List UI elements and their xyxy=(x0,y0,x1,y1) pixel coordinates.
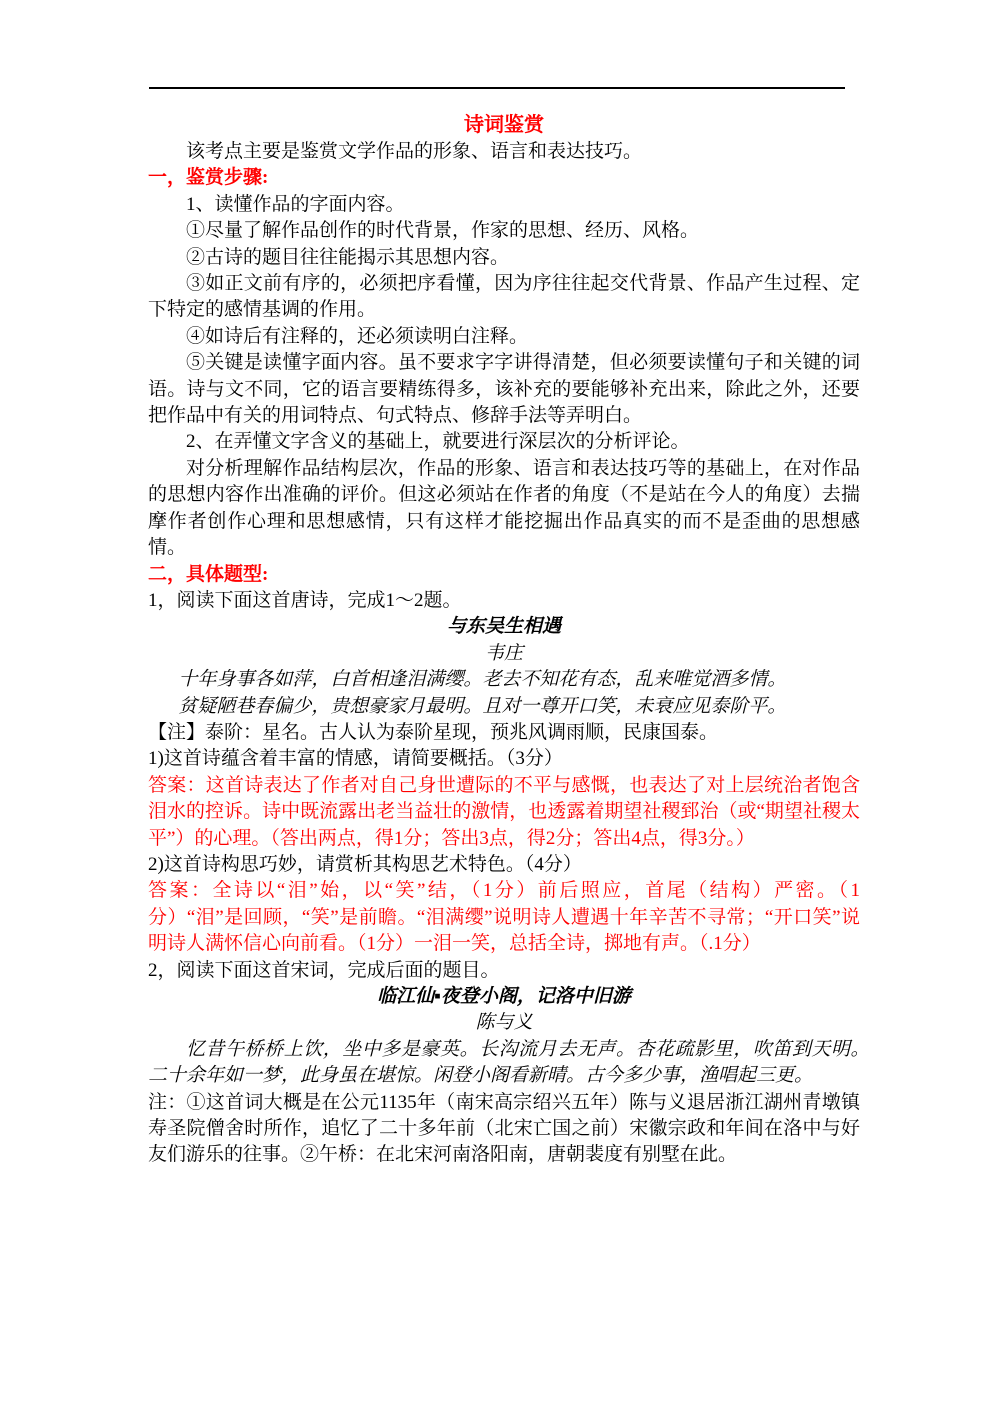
poem1-author: 韦庄 xyxy=(148,641,860,667)
section1-heading: 一，鉴赏步骤: xyxy=(148,165,860,191)
document-content: 诗词鉴赏 该考点主要是鉴赏文学作品的形象、语言和表达技巧。 一，鉴赏步骤: 1、… xyxy=(148,112,860,1169)
section1-step1: 1、读懂作品的字面内容。 xyxy=(148,192,860,218)
poem1-note: 【注】泰阶：星名。古人认为泰阶星现，预兆风调雨顺，民康国泰。 xyxy=(148,720,860,746)
section1-analysis: 对分析理解作品结构层次，作品的形象、语言和表达技巧等的基础上，在对作品的思想内容… xyxy=(148,456,860,562)
section1-sub3: ③如正文前有序的，必须把序看懂，因为序往往起交代背景、作品产生过程、定下特定的感… xyxy=(148,271,860,324)
poem2-author: 陈与义 xyxy=(148,1010,860,1036)
document-page: 诗词鉴赏 该考点主要是鉴赏文学作品的形象、语言和表达技巧。 一，鉴赏步骤: 1、… xyxy=(0,0,993,1404)
poem1-line-2: 贫疑陋巷春偏少，贵想豪家月最明。且对一尊开口笑，未衰应见泰阶平。 xyxy=(148,694,860,720)
q1-answer-1: 答案：这首诗表达了作者对自己身世遭际的不平与感慨，也表达了对上层统治者饱含泪水的… xyxy=(148,773,860,852)
section1-sub4: ④如诗后有注释的，还必须读明白注释。 xyxy=(148,324,860,350)
q2-intro: 2，阅读下面这首宋词，完成后面的题目。 xyxy=(148,958,860,984)
section1-sub1: ①尽量了解作品创作的时代背景，作家的思想、经历、风格。 xyxy=(148,218,860,244)
q1-question-2: 2)这首诗构思巧妙，请赏析其构思艺术特色。（4分） xyxy=(148,852,860,878)
section1-sub5: ⑤关键是读懂字面内容。虽不要求字字讲得清楚，但必须要读懂句子和关键的词语。诗与文… xyxy=(148,350,860,429)
q1-intro: 1，阅读下面这首唐诗，完成1～2题。 xyxy=(148,588,860,614)
q1-answer-2: 答案：全诗以“泪”始，以“笑”结，（1分）前后照应，首尾（结构）严密。（1分）“… xyxy=(148,878,860,957)
poem2-body: 忆昔午桥桥上饮，坐中多是豪英。长沟流月去无声。杏花疏影里，吹笛到天明。 二十余年… xyxy=(148,1037,860,1090)
section1-sub2: ②古诗的题目往往能揭示其思想内容。 xyxy=(148,245,860,271)
header-divider xyxy=(149,87,845,89)
poem1-title: 与东吴生相遇 xyxy=(148,614,860,640)
page-title: 诗词鉴赏 xyxy=(148,112,860,139)
section2-heading: 二，具体题型: xyxy=(148,562,860,588)
poem2-title: 临江仙▪夜登小阁，记洛中旧游 xyxy=(148,984,860,1010)
poem2-note: 注：①这首词大概是在公元1135年（南宋高宗绍兴五年）陈与义退居浙江湖州青墩镇寿… xyxy=(148,1090,860,1169)
intro-paragraph: 该考点主要是鉴赏文学作品的形象、语言和表达技巧。 xyxy=(148,139,860,165)
q1-question-1: 1)这首诗蕴含着丰富的情感，请简要概括。（3分） xyxy=(148,746,860,772)
poem1-line-1: 十年身事各如萍，白首相逢泪满缨。老去不知花有态，乱来唯觉酒多情。 xyxy=(148,667,860,693)
section1-step2: 2、在弄懂文字含义的基础上，就要进行深层次的分析评论。 xyxy=(148,429,860,455)
